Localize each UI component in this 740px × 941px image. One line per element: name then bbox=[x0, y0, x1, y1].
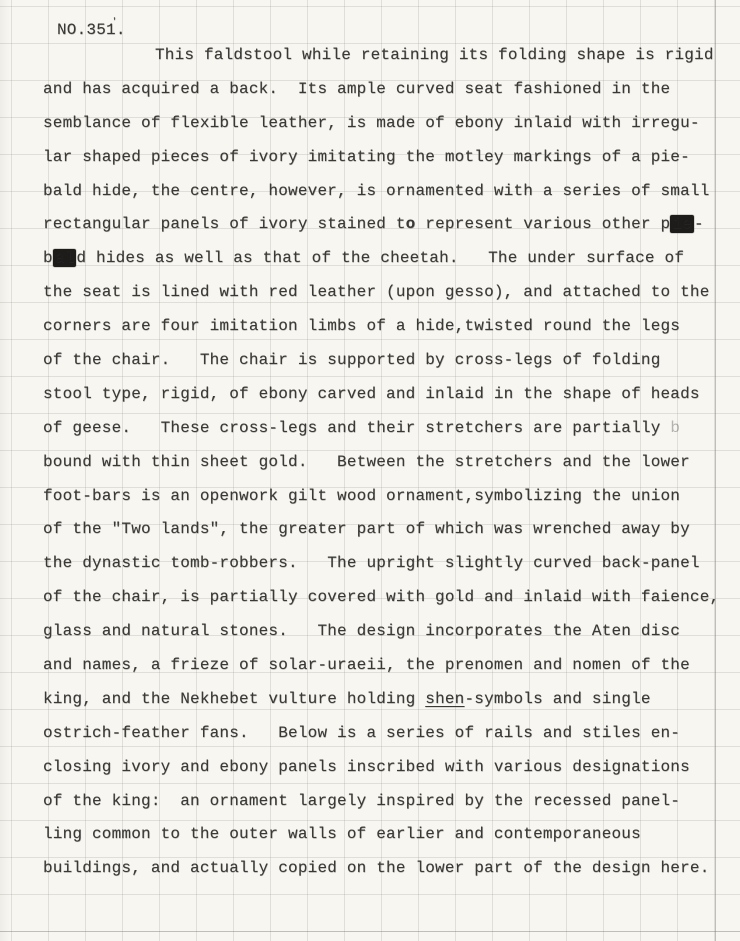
text-segment: of the king: an ornament largely inspire… bbox=[43, 792, 680, 810]
text-line: bald hides as well as that of the cheeta… bbox=[43, 242, 730, 276]
text-line: lar shaped pieces of ivory imitating the… bbox=[43, 141, 730, 175]
text-line: of the king: an ornament largely inspire… bbox=[43, 785, 730, 819]
text-segment: the seat is lined with red leather (upon… bbox=[43, 283, 710, 301]
text-segment: rectangular panels of ivory stained t bbox=[43, 215, 406, 233]
text-line: of geese. These cross-legs and their str… bbox=[43, 412, 730, 446]
text-segment: glass and natural stones. The design inc… bbox=[43, 622, 680, 640]
text-line: foot-bars is an openwork gilt wood ornam… bbox=[43, 480, 730, 514]
text-line: the seat is lined with red leather (upon… bbox=[43, 276, 730, 310]
text-segment: buildings, and actually copied on the lo… bbox=[43, 859, 710, 877]
text-line: of the chair. The chair is supported by … bbox=[43, 344, 730, 378]
text-line: and has acquired a back. Its ample curve… bbox=[43, 73, 730, 107]
text-segment: represent various other p bbox=[415, 215, 670, 233]
text-segment: and names, a frieze of solar-uraeii, the… bbox=[43, 656, 690, 674]
text-segment: - bbox=[694, 215, 704, 233]
underlined-word: shen bbox=[425, 690, 464, 708]
text-segment: foot-bars is an openwork gilt wood ornam… bbox=[43, 487, 680, 505]
text-line: rectangular panels of ivory stained to r… bbox=[43, 208, 730, 242]
text-segment: -symbols and single bbox=[464, 690, 650, 708]
text-line: glass and natural stones. The design inc… bbox=[43, 615, 730, 649]
text-segment: the dynastic tomb-robbers. The upright s… bbox=[43, 554, 700, 572]
text-segment: o bbox=[406, 215, 416, 233]
text-segment: of the "Two lands", the greater part of … bbox=[43, 520, 690, 538]
left-edge-shadow bbox=[0, 0, 10, 941]
redacted-text: al bbox=[53, 249, 77, 267]
text-line: ling common to the outer walls of earlie… bbox=[43, 818, 730, 852]
text-line: bound with thin sheet gold. Between the … bbox=[43, 446, 730, 480]
text-segment: and has acquired a back. Its ample curve… bbox=[43, 80, 670, 98]
text-line: stool type, rigid, of ebony carved and i… bbox=[43, 378, 730, 412]
text-segment: semblance of flexible leather, is made o… bbox=[43, 114, 700, 132]
text-segment: of the chair. The chair is supported by … bbox=[43, 351, 661, 369]
document-page: NO.351ʼ. This faldstool while retaining … bbox=[0, 0, 740, 941]
text-line: of the "Two lands", the greater part of … bbox=[43, 513, 730, 547]
text-segment: ling common to the outer walls of earlie… bbox=[43, 825, 641, 843]
text-line: buildings, and actually copied on the lo… bbox=[43, 852, 730, 886]
text-line: This faldstool while retaining its foldi… bbox=[43, 39, 730, 73]
text-line: semblance of flexible leather, is made o… bbox=[43, 107, 730, 141]
typewritten-text: This faldstool while retaining its foldi… bbox=[43, 39, 730, 886]
text-line: and names, a frieze of solar-uraeii, the… bbox=[43, 649, 730, 683]
text-line: closing ivory and ebony panels inscribed… bbox=[43, 751, 730, 785]
text-segment: closing ivory and ebony panels inscribed… bbox=[43, 758, 690, 776]
text-segment: bald hide, the centre, however, is ornam… bbox=[43, 182, 710, 200]
text-segment: b bbox=[670, 419, 680, 437]
redacted-text: ie bbox=[670, 215, 694, 233]
text-segment: This faldstool while retaining its foldi… bbox=[155, 46, 714, 64]
text-segment: bound with thin sheet gold. Between the … bbox=[43, 453, 690, 471]
heavy-grid-line-horizontal bbox=[0, 931, 740, 932]
text-segment: d hides as well as that of the cheetah. … bbox=[76, 249, 684, 267]
text-line: corners are four imitation limbs of a hi… bbox=[43, 310, 730, 344]
text-segment: of geese. These cross-legs and their str… bbox=[43, 419, 670, 437]
text-line: the dynastic tomb-robbers. The upright s… bbox=[43, 547, 730, 581]
text-segment: corners are four imitation limbs of a hi… bbox=[43, 317, 680, 335]
text-segment: king, and the Nekhebet vulture holding bbox=[43, 690, 425, 708]
text-line: bald hide, the centre, however, is ornam… bbox=[43, 175, 730, 209]
text-segment: lar shaped pieces of ivory imitating the… bbox=[43, 148, 690, 166]
text-segment: stool type, rigid, of ebony carved and i… bbox=[43, 385, 700, 403]
text-segment: b bbox=[43, 249, 53, 267]
text-line: ostrich-feather fans. Below is a series … bbox=[43, 717, 730, 751]
text-segment: of the chair, is partially covered with … bbox=[43, 588, 719, 606]
text-segment: NO.351 bbox=[57, 21, 116, 39]
text-line: king, and the Nekhebet vulture holding s… bbox=[43, 683, 730, 717]
text-segment: ostrich-feather fans. Below is a series … bbox=[43, 724, 680, 742]
text-line: of the chair, is partially covered with … bbox=[43, 581, 730, 615]
